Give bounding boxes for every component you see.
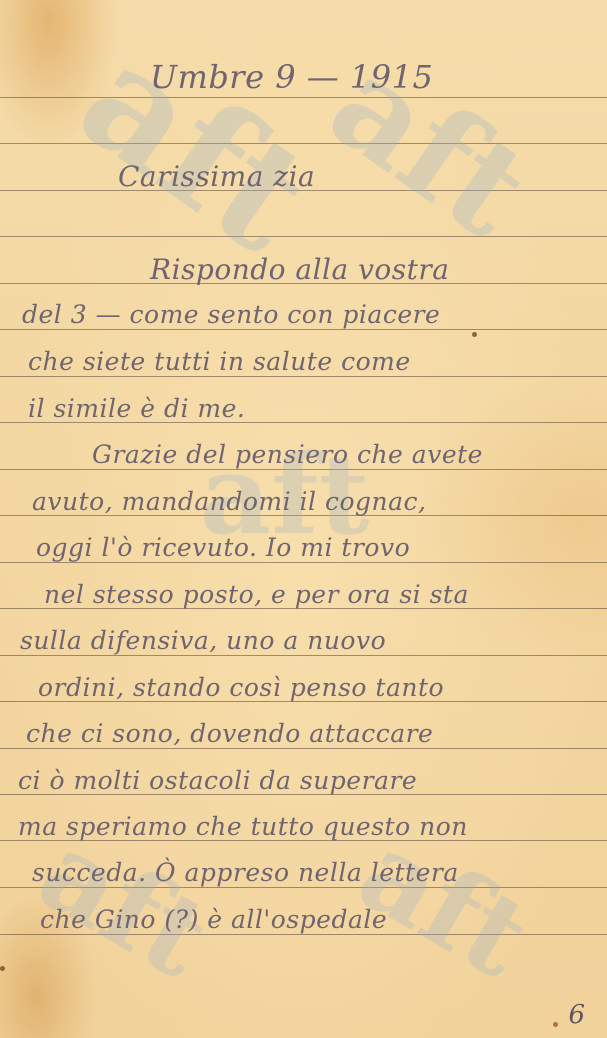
watermark: aft	[50, 10, 340, 287]
ruled-line	[0, 376, 607, 377]
ruled-line	[0, 748, 607, 749]
ink-speck	[553, 1022, 558, 1027]
letter-line: avuto, mandandomi il cognac,	[32, 487, 427, 516]
ruled-line	[0, 143, 607, 144]
ink-speck	[472, 332, 477, 337]
letter-line: sulla difensiva, uno a nuovo	[20, 626, 386, 655]
letter-line: succeda. Ò appreso nella lettera	[32, 858, 459, 887]
ruled-line	[0, 887, 607, 888]
letter-line: nel stesso posto, e per ora si sta	[44, 580, 469, 609]
letter-line: che Gino (?) è all'ospedale	[40, 905, 387, 934]
letter-line: che siete tutti in salute come	[28, 347, 411, 376]
letter-line: ordini, stando così penso tanto	[38, 673, 444, 702]
letter-line: ma speriamo che tutto questo non	[18, 812, 468, 841]
ruled-line	[0, 469, 607, 470]
letter-line: che ci sono, dovendo attaccare	[26, 719, 433, 748]
letter-date: Umbre 9 — 1915	[150, 58, 433, 96]
letter-line: ci ò molti ostacoli da superare	[18, 766, 417, 795]
ruled-line	[0, 97, 607, 98]
letter-line: del 3 — come sento con piacere	[22, 300, 440, 329]
ink-speck	[0, 966, 5, 971]
ruled-line	[0, 329, 607, 330]
ruled-line	[0, 236, 607, 237]
letter-line: Rispondo alla vostra	[150, 253, 449, 286]
letter-line: Grazie del pensiero che avete	[92, 440, 483, 469]
ruled-line	[0, 655, 607, 656]
letter-page: aft aft aft aft aft Umbre 9 — 1915 Caris…	[0, 0, 607, 1038]
ruled-line	[0, 934, 607, 935]
letter-salutation: Carissima zia	[118, 160, 315, 193]
page-number: 6	[568, 1000, 585, 1030]
letter-line: il simile è di me.	[28, 394, 245, 423]
ruled-line	[0, 562, 607, 563]
letter-line: oggi l'ò ricevuto. Io mi trovo	[36, 533, 410, 562]
